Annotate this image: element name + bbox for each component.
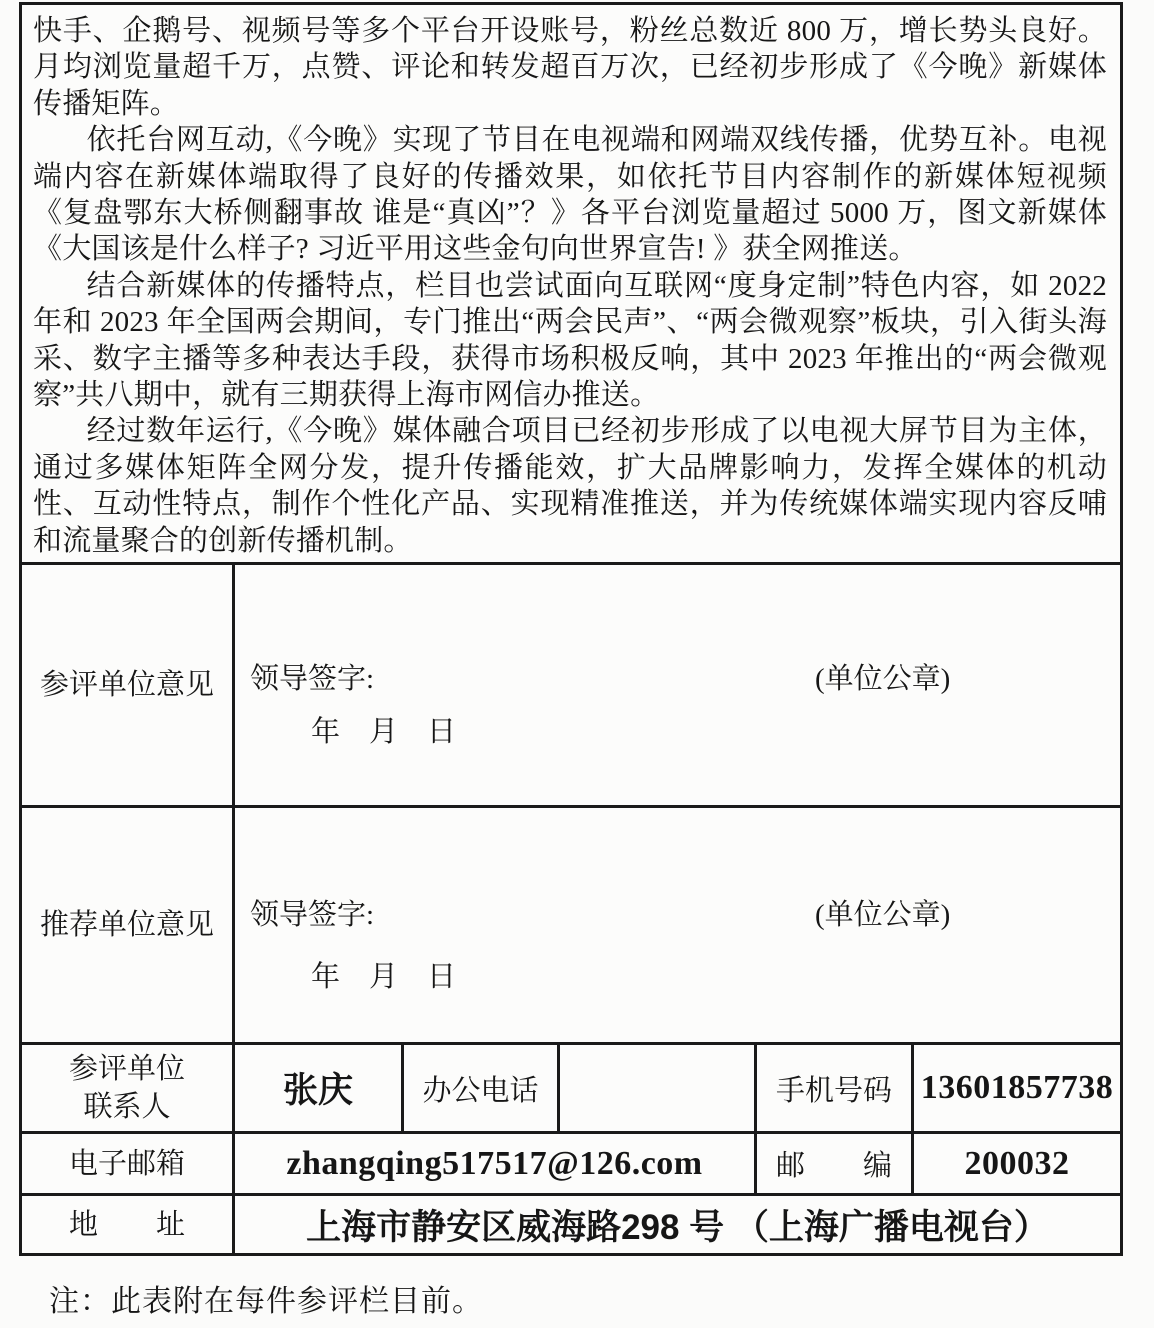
office-phone-label: 办公电话 [422, 1068, 538, 1109]
unit-seal-label: (单位公章) [815, 656, 950, 697]
mobile-label-cell: 手机号码 [757, 1045, 914, 1131]
mobile-label: 手机号码 [776, 1068, 892, 1109]
participant-opinion-label: 参评单位意见 [40, 665, 214, 705]
address-value-cell: 上海市静安区威海路298 号 （上海广播电视台） [235, 1196, 1120, 1253]
leader-signature-label: 领导签字: [250, 656, 374, 697]
paragraph-tv-web-interaction: 依托台网互动,《今晚》实现了节目在电视端和网端双线传播，优势互补。电视端内容在新… [33, 122, 1107, 268]
contact-person-row: 参评单位 联系人 张庆 办公电话 手机号码 13601857738 [22, 1045, 1120, 1134]
recommender-opinion-label: 推荐单位意见 [40, 905, 214, 945]
mobile-number-cell: 13601857738 [914, 1045, 1120, 1131]
scanned-form-page: 快手、企鹅号、视频号等多个平台开设账号，粉丝总数近 800 万，增长势头良好。月… [0, 0, 1154, 1328]
office-phone-label-cell: 办公电话 [404, 1045, 560, 1131]
recommender-opinion-row: 推荐单位意见 领导签字: (单位公章) 年 月 日 [22, 808, 1120, 1045]
contact-name-cell: 张庆 [235, 1045, 404, 1131]
recommender-opinion-content-cell: 领导签字: (单位公章) 年 月 日 [235, 808, 1120, 1042]
address-label-cell: 地 址 [22, 1196, 235, 1253]
application-form-table: 快手、企鹅号、视频号等多个平台开设账号，粉丝总数近 800 万，增长势头良好。月… [19, 2, 1123, 1256]
postcode-value-cell: 200032 [914, 1134, 1120, 1193]
leader-signature-label: 领导签字: [250, 892, 374, 933]
paragraph-lianghui-content: 结合新媒体的传播特点，栏目也尝试面向互联网“度身定制”特色内容，如 2022 年… [33, 268, 1107, 414]
address-value: 上海市静安区威海路298 号 （上海广播电视台） [306, 1200, 1049, 1250]
email-label: 电子邮箱 [69, 1144, 185, 1184]
contact-person-label-line1: 参评单位 [69, 1050, 185, 1088]
address-label: 地 址 [69, 1205, 185, 1245]
contact-person-label-line2: 联系人 [83, 1088, 170, 1126]
recommender-opinion-label-cell: 推荐单位意见 [22, 808, 235, 1042]
email-row: 电子邮箱 zhangqing517517@126.com 邮 编 200032 [22, 1134, 1120, 1196]
postcode-value: 200032 [965, 1145, 1070, 1183]
contact-person-label-cell: 参评单位 联系人 [22, 1045, 235, 1131]
contact-name-value: 张庆 [283, 1063, 353, 1113]
mobile-number-value: 13601857738 [921, 1069, 1114, 1107]
project-description-cell: 快手、企鹅号、视频号等多个平台开设账号，粉丝总数近 800 万，增长势头良好。月… [22, 5, 1120, 565]
email-value: zhangqing517517@126.com [286, 1145, 702, 1183]
footnote: 注：此表附在每件参评栏目前。 [49, 1276, 483, 1320]
postcode-label: 邮 编 [776, 1143, 892, 1184]
paragraph-summary: 经过数年运行,《今晚》媒体融合项目已经初步形成了以电视大屏节目为主体，通过多媒体… [33, 413, 1107, 559]
postcode-label-cell: 邮 编 [757, 1134, 914, 1193]
email-label-cell: 电子邮箱 [22, 1134, 235, 1193]
participant-opinion-label-cell: 参评单位意见 [22, 565, 235, 805]
office-phone-value-cell [560, 1045, 757, 1131]
email-value-cell: zhangqing517517@126.com [235, 1134, 757, 1193]
date-placeholder: 年 月 日 [311, 709, 456, 750]
participant-opinion-row: 参评单位意见 领导签字: (单位公章) 年 月 日 [22, 565, 1120, 808]
date-placeholder: 年 月 日 [311, 954, 456, 995]
participant-opinion-content-cell: 领导签字: (单位公章) 年 月 日 [235, 565, 1120, 805]
unit-seal-label: (单位公章) [815, 892, 950, 933]
address-row: 地 址 上海市静安区威海路298 号 （上海广播电视台） [22, 1196, 1120, 1253]
paragraph-media-matrix: 快手、企鹅号、视频号等多个平台开设账号，粉丝总数近 800 万，增长势头良好。月… [33, 13, 1107, 122]
